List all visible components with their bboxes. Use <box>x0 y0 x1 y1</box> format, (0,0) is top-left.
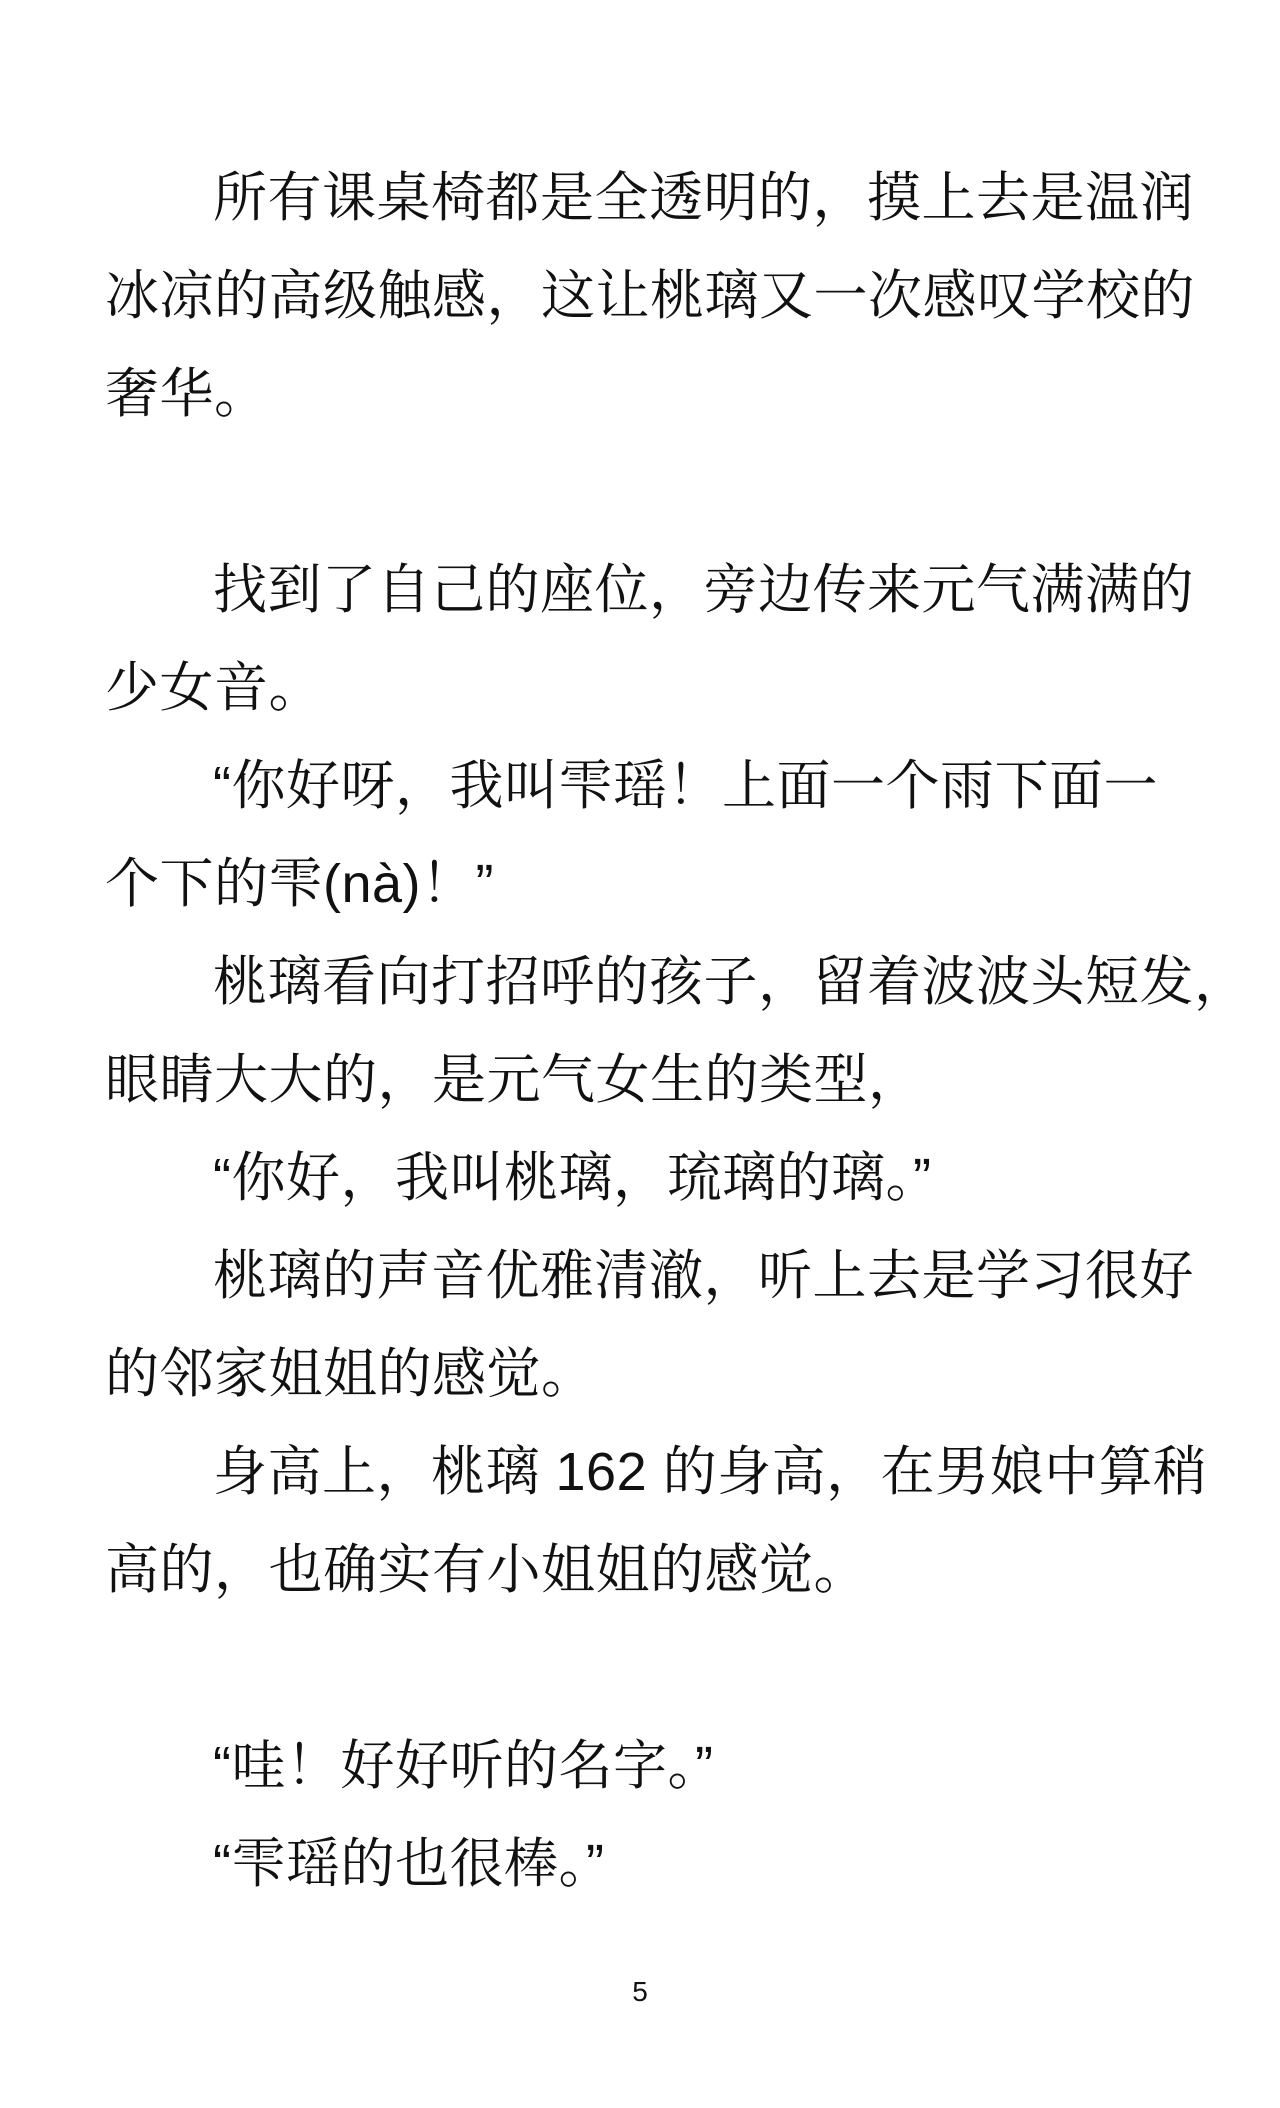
text-block: 所有课桌椅都是全透明的，摸上去是温润冰凉的高级触感，这让桃璃又一次感叹学校的奢华… <box>105 149 1196 1913</box>
paragraph: “雫瑶的也很棒。” <box>105 1815 1196 1913</box>
text-line: “哇！好好听的名字。” <box>105 1717 1196 1815</box>
text-line: 高的，也确实有小姐姐的感觉。 <box>105 1521 1196 1619</box>
paragraph: 身高上，桃璃 162 的身高，在男娘中算稍高的，也确实有小姐姐的感觉。 <box>105 1423 1196 1619</box>
text-line: 所有课桌椅都是全透明的，摸上去是温润 <box>105 149 1196 247</box>
text-line: 少女音。 <box>105 639 1196 737</box>
text-line: 身高上，桃璃 162 的身高，在男娘中算稍 <box>105 1423 1196 1521</box>
paragraph: “哇！好好听的名字。” <box>105 1717 1196 1815</box>
paragraph: 找到了自己的座位，旁边传来元气满满的少女音。 <box>105 541 1196 737</box>
paragraph: “你好，我叫桃璃，琉璃的璃。” <box>105 1129 1196 1227</box>
page-number: 5 <box>0 1972 1280 2012</box>
text-line: 桃璃的声音优雅清澈，听上去是学习很好 <box>105 1227 1196 1325</box>
text-line: “雫瑶的也很棒。” <box>105 1815 1196 1913</box>
paragraph: 所有课桌椅都是全透明的，摸上去是温润冰凉的高级触感，这让桃璃又一次感叹学校的奢华… <box>105 149 1196 443</box>
text-line: “你好，我叫桃璃，琉璃的璃。” <box>105 1129 1196 1227</box>
text-line: 个下的雫(nà)！” <box>105 835 1196 933</box>
text-line: “你好呀，我叫雫瑶！上面一个雨下面一 <box>105 737 1196 835</box>
text-line: 的邻家姐姐的感觉。 <box>105 1325 1196 1423</box>
book-page: 所有课桌椅都是全透明的，摸上去是温润冰凉的高级触感，这让桃璃又一次感叹学校的奢华… <box>0 0 1280 2108</box>
paragraph: 桃璃看向打招呼的孩子，留着波波头短发，眼睛大大的，是元气女生的类型， <box>105 933 1196 1129</box>
text-line: 奢华。 <box>105 345 1196 443</box>
text-line: 桃璃看向打招呼的孩子，留着波波头短发， <box>105 933 1196 1031</box>
text-line: 冰凉的高级触感，这让桃璃又一次感叹学校的 <box>105 247 1196 345</box>
paragraph: 桃璃的声音优雅清澈，听上去是学习很好的邻家姐姐的感觉。 <box>105 1227 1196 1423</box>
text-line: 找到了自己的座位，旁边传来元气满满的 <box>105 541 1196 639</box>
text-line: 眼睛大大的，是元气女生的类型， <box>105 1031 1196 1129</box>
paragraph: “你好呀，我叫雫瑶！上面一个雨下面一个下的雫(nà)！” <box>105 737 1196 933</box>
